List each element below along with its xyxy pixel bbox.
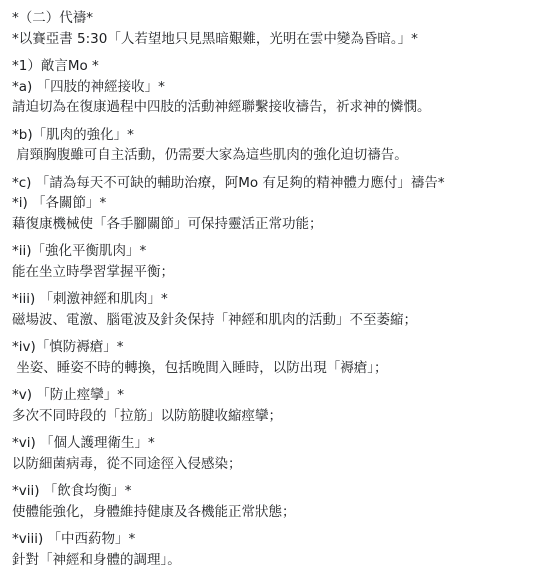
subitem-heading: *v) 「防止痙攣」*: [12, 385, 543, 406]
paragraph-item-ii: *ii)「強化平衡肌肉」* 能在坐立時學習掌握平衡；: [12, 241, 543, 282]
paragraph-intercession-heading: *（二）代禱* *以賽亞書 5:30「人若望地只見黑暗艱難，光明在雲中變為昏暗。…: [12, 8, 543, 49]
paragraph-item-viii: *viii) 「中西葯物」* 針對「神經和身體的調理」。: [12, 529, 543, 570]
subitem-text: 針對「神經和身體的調理」。: [12, 550, 543, 571]
paragraph-item-b: *b)「肌肉的強化」* 肩頸胸腹雖可自主活動，仍需要大家為這些肌肉的強化迫切禱告…: [12, 125, 543, 166]
subitem-heading: *vi) 「個人護理衛生」*: [12, 433, 543, 454]
scripture-quote: *以賽亞書 5:30「人若望地只見黑暗艱難，光明在雲中變為昏暗。」*: [12, 29, 543, 50]
subitem-heading: *i) 「各關節」*: [12, 193, 543, 214]
paragraph-item-vi: *vi) 「個人護理衛生」* 以防細菌病毒，從不同途徑入侵感染；: [12, 433, 543, 474]
post-body: *（二）代禱* *以賽亞書 5:30「人若望地只見黑暗艱難，光明在雲中變為昏暗。…: [0, 0, 555, 570]
subitem-text: 以防細菌病毒，從不同途徑入侵感染；: [12, 454, 543, 475]
item-heading: *1）敵言Mo *: [12, 56, 543, 77]
subitem-text: 使體能強化，身體維持健康及各機能正常狀態；: [12, 502, 543, 523]
subitem-heading: *viii) 「中西葯物」*: [12, 529, 543, 550]
subitem-text: 磁場波、電激、腦電波及針灸保持「神經和肌肉的活動」不至萎縮；: [12, 310, 543, 331]
subitem-heading: *c) 「請為每天不可缺的輔助治療，阿Mo 有足夠的精神體力應付」禱告*: [12, 173, 543, 194]
section-heading: *（二）代禱*: [12, 8, 543, 29]
subitem-text: 能在坐立時學習掌握平衡；: [12, 262, 543, 283]
subitem-heading: *b)「肌肉的強化」*: [12, 125, 543, 146]
paragraph-item-c: *c) 「請為每天不可缺的輔助治療，阿Mo 有足夠的精神體力應付」禱告* *i)…: [12, 173, 543, 235]
subitem-text: 多次不同時段的「拉筋」以防筋腱收縮痙攣；: [12, 406, 543, 427]
subitem-text: 肩頸胸腹雖可自主活動，仍需要大家為這些肌肉的強化迫切禱告。: [12, 145, 543, 166]
paragraph-item-iii: *iii) 「刺激神經和肌肉」* 磁場波、電激、腦電波及針灸保持「神經和肌肉的活…: [12, 289, 543, 330]
subitem-text: 藉復康機械使「各手腳關節」可保持靈活正常功能；: [12, 214, 543, 235]
subitem-heading: *iii) 「刺激神經和肌肉」*: [12, 289, 543, 310]
subitem-heading: *iv)「慎防褥瘡」*: [12, 337, 543, 358]
paragraph-item-v: *v) 「防止痙攣」* 多次不同時段的「拉筋」以防筋腱收縮痙攣；: [12, 385, 543, 426]
subitem-text: 請迫切為在復康過程中四肢的活動神經聯繫接收禱告，祈求神的憐憫。: [12, 97, 543, 118]
subitem-heading: *ii)「強化平衡肌肉」*: [12, 241, 543, 262]
paragraph-item-1a: *1）敵言Mo * *a) 「四肢的神經接收」* 請迫切為在復康過程中四肢的活動…: [12, 56, 543, 118]
subitem-text: 坐姿、睡姿不時的轉換，包括晚間入睡時，以防出現「褥瘡」；: [12, 358, 543, 379]
paragraph-item-vii: *vii) 「飲食均衡」* 使體能強化，身體維持健康及各機能正常狀態；: [12, 481, 543, 522]
subitem-heading: *vii) 「飲食均衡」*: [12, 481, 543, 502]
paragraph-item-iv: *iv)「慎防褥瘡」* 坐姿、睡姿不時的轉換，包括晚間入睡時，以防出現「褥瘡」；: [12, 337, 543, 378]
subitem-heading: *a) 「四肢的神經接收」*: [12, 77, 543, 98]
